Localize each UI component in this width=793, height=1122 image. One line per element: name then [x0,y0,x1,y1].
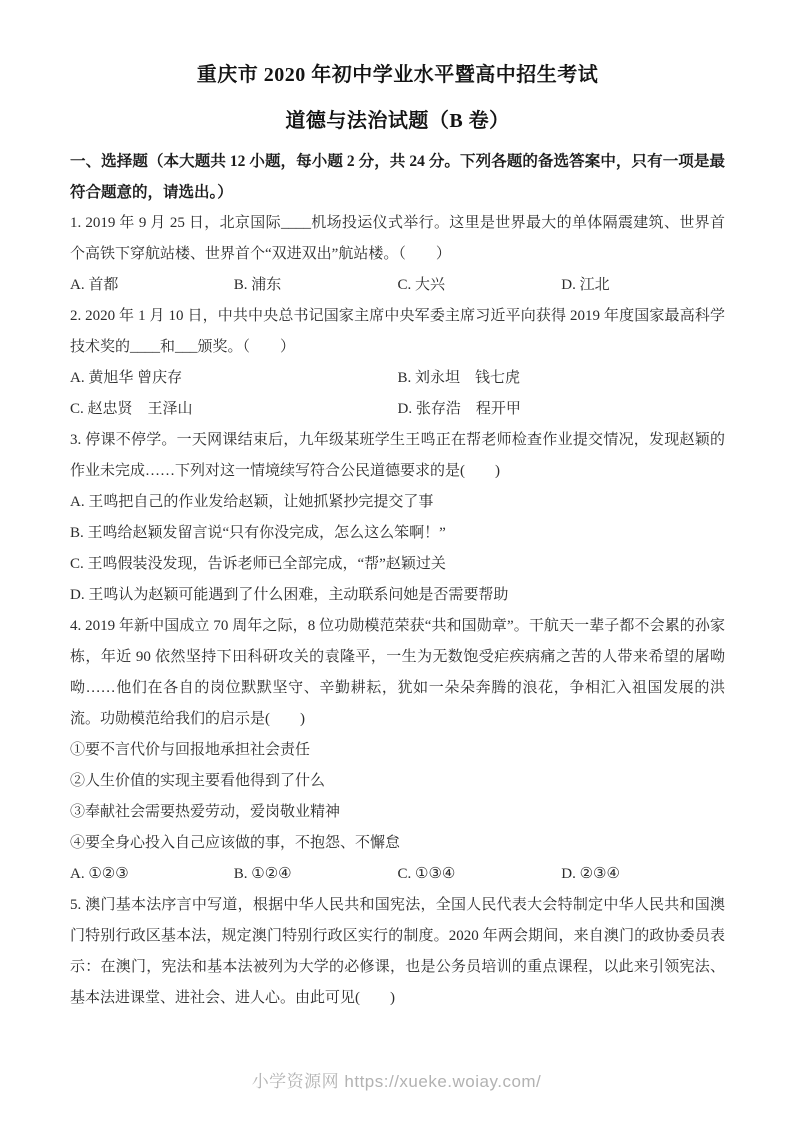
q3-option-a: A. 王鸣把自己的作业发给赵颖，让她抓紧抄完提交了事 [70,487,725,518]
question-4: 4. 2019 年新中国成立 70 周年之际，8 位功勋模范荣获“共和国勋章”。… [70,611,725,890]
question-2-options-row-2: C. 赵忠贤 王泽山 D. 张存浩 程开甲 [70,394,725,425]
footer-watermark: 小学资源网 https://xueke.woiay.com/ [0,1067,793,1092]
exam-page: 重庆市 2020 年初中学业水平暨高中招生考试 道德与法治试题（B 卷） 一、选… [0,0,793,1122]
q4-option-b: B. ①②④ [234,859,398,890]
q1-option-a: A. 首都 [70,270,234,301]
q4-sub-item-2: ②人生价值的实现主要看他得到了什么 [70,766,725,797]
question-5: 5. 澳门基本法序言中写道，根据中华人民共和国宪法，全国人民代表大会特制定中华人… [70,890,725,1014]
q1-option-d: D. 江北 [561,270,725,301]
question-2-stem: 2. 2020 年 1 月 10 日，中共中央总书记国家主席中央军委主席习近平向… [70,301,725,363]
exam-subtitle: 道德与法治试题（B 卷） [70,108,725,134]
question-2-options-row-1: A. 黄旭华 曾庆存 B. 刘永坦 钱七虎 [70,363,725,394]
question-2: 2. 2020 年 1 月 10 日，中共中央总书记国家主席中央军委主席习近平向… [70,301,725,425]
question-5-stem: 5. 澳门基本法序言中写道，根据中华人民共和国宪法，全国人民代表大会特制定中华人… [70,890,725,1014]
question-1-options: A. 首都 B. 浦东 C. 大兴 D. 江北 [70,270,725,301]
q2-option-b: B. 刘永坦 钱七虎 [398,363,726,394]
q2-option-c: C. 赵忠贤 王泽山 [70,394,398,425]
question-1-stem: 1. 2019 年 9 月 25 日，北京国际____机场投运仪式举行。这里是世… [70,208,725,270]
q4-sub-item-1: ①要不言代价与回报地承担社会责任 [70,735,725,766]
q2-option-d: D. 张存浩 程开甲 [398,394,726,425]
q3-option-b: B. 王鸣给赵颖发留言说“只有你没完成，怎么这么笨啊！” [70,518,725,549]
q4-option-d: D. ②③④ [561,859,725,890]
q3-option-c: C. 王鸣假装没发现，告诉老师已全部完成，“帮”赵颖过关 [70,549,725,580]
exam-title: 重庆市 2020 年初中学业水平暨高中招生考试 [70,62,725,88]
q4-option-c: C. ①③④ [398,859,562,890]
question-4-stem: 4. 2019 年新中国成立 70 周年之际，8 位功勋模范荣获“共和国勋章”。… [70,611,725,735]
q4-sub-item-3: ③奉献社会需要热爱劳动，爱岗敬业精神 [70,797,725,828]
q4-option-a: A. ①②③ [70,859,234,890]
section-instructions: 一、选择题（本大题共 12 小题，每小题 2 分，共 24 分。下列各题的备选答… [70,146,725,208]
question-3-stem: 3. 停课不停学。一天网课结束后，九年级某班学生王鸣正在帮老师检查作业提交情况，… [70,425,725,487]
question-3: 3. 停课不停学。一天网课结束后，九年级某班学生王鸣正在帮老师检查作业提交情况，… [70,425,725,611]
q1-option-b: B. 浦东 [234,270,398,301]
q3-option-d: D. 王鸣认为赵颖可能遇到了什么困难，主动联系问她是否需要帮助 [70,580,725,611]
q2-option-a: A. 黄旭华 曾庆存 [70,363,398,394]
question-1: 1. 2019 年 9 月 25 日，北京国际____机场投运仪式举行。这里是世… [70,208,725,301]
question-4-options: A. ①②③ B. ①②④ C. ①③④ D. ②③④ [70,859,725,890]
q1-option-c: C. 大兴 [398,270,562,301]
q4-sub-item-4: ④要全身心投入自己应该做的事，不抱怨、不懈怠 [70,828,725,859]
